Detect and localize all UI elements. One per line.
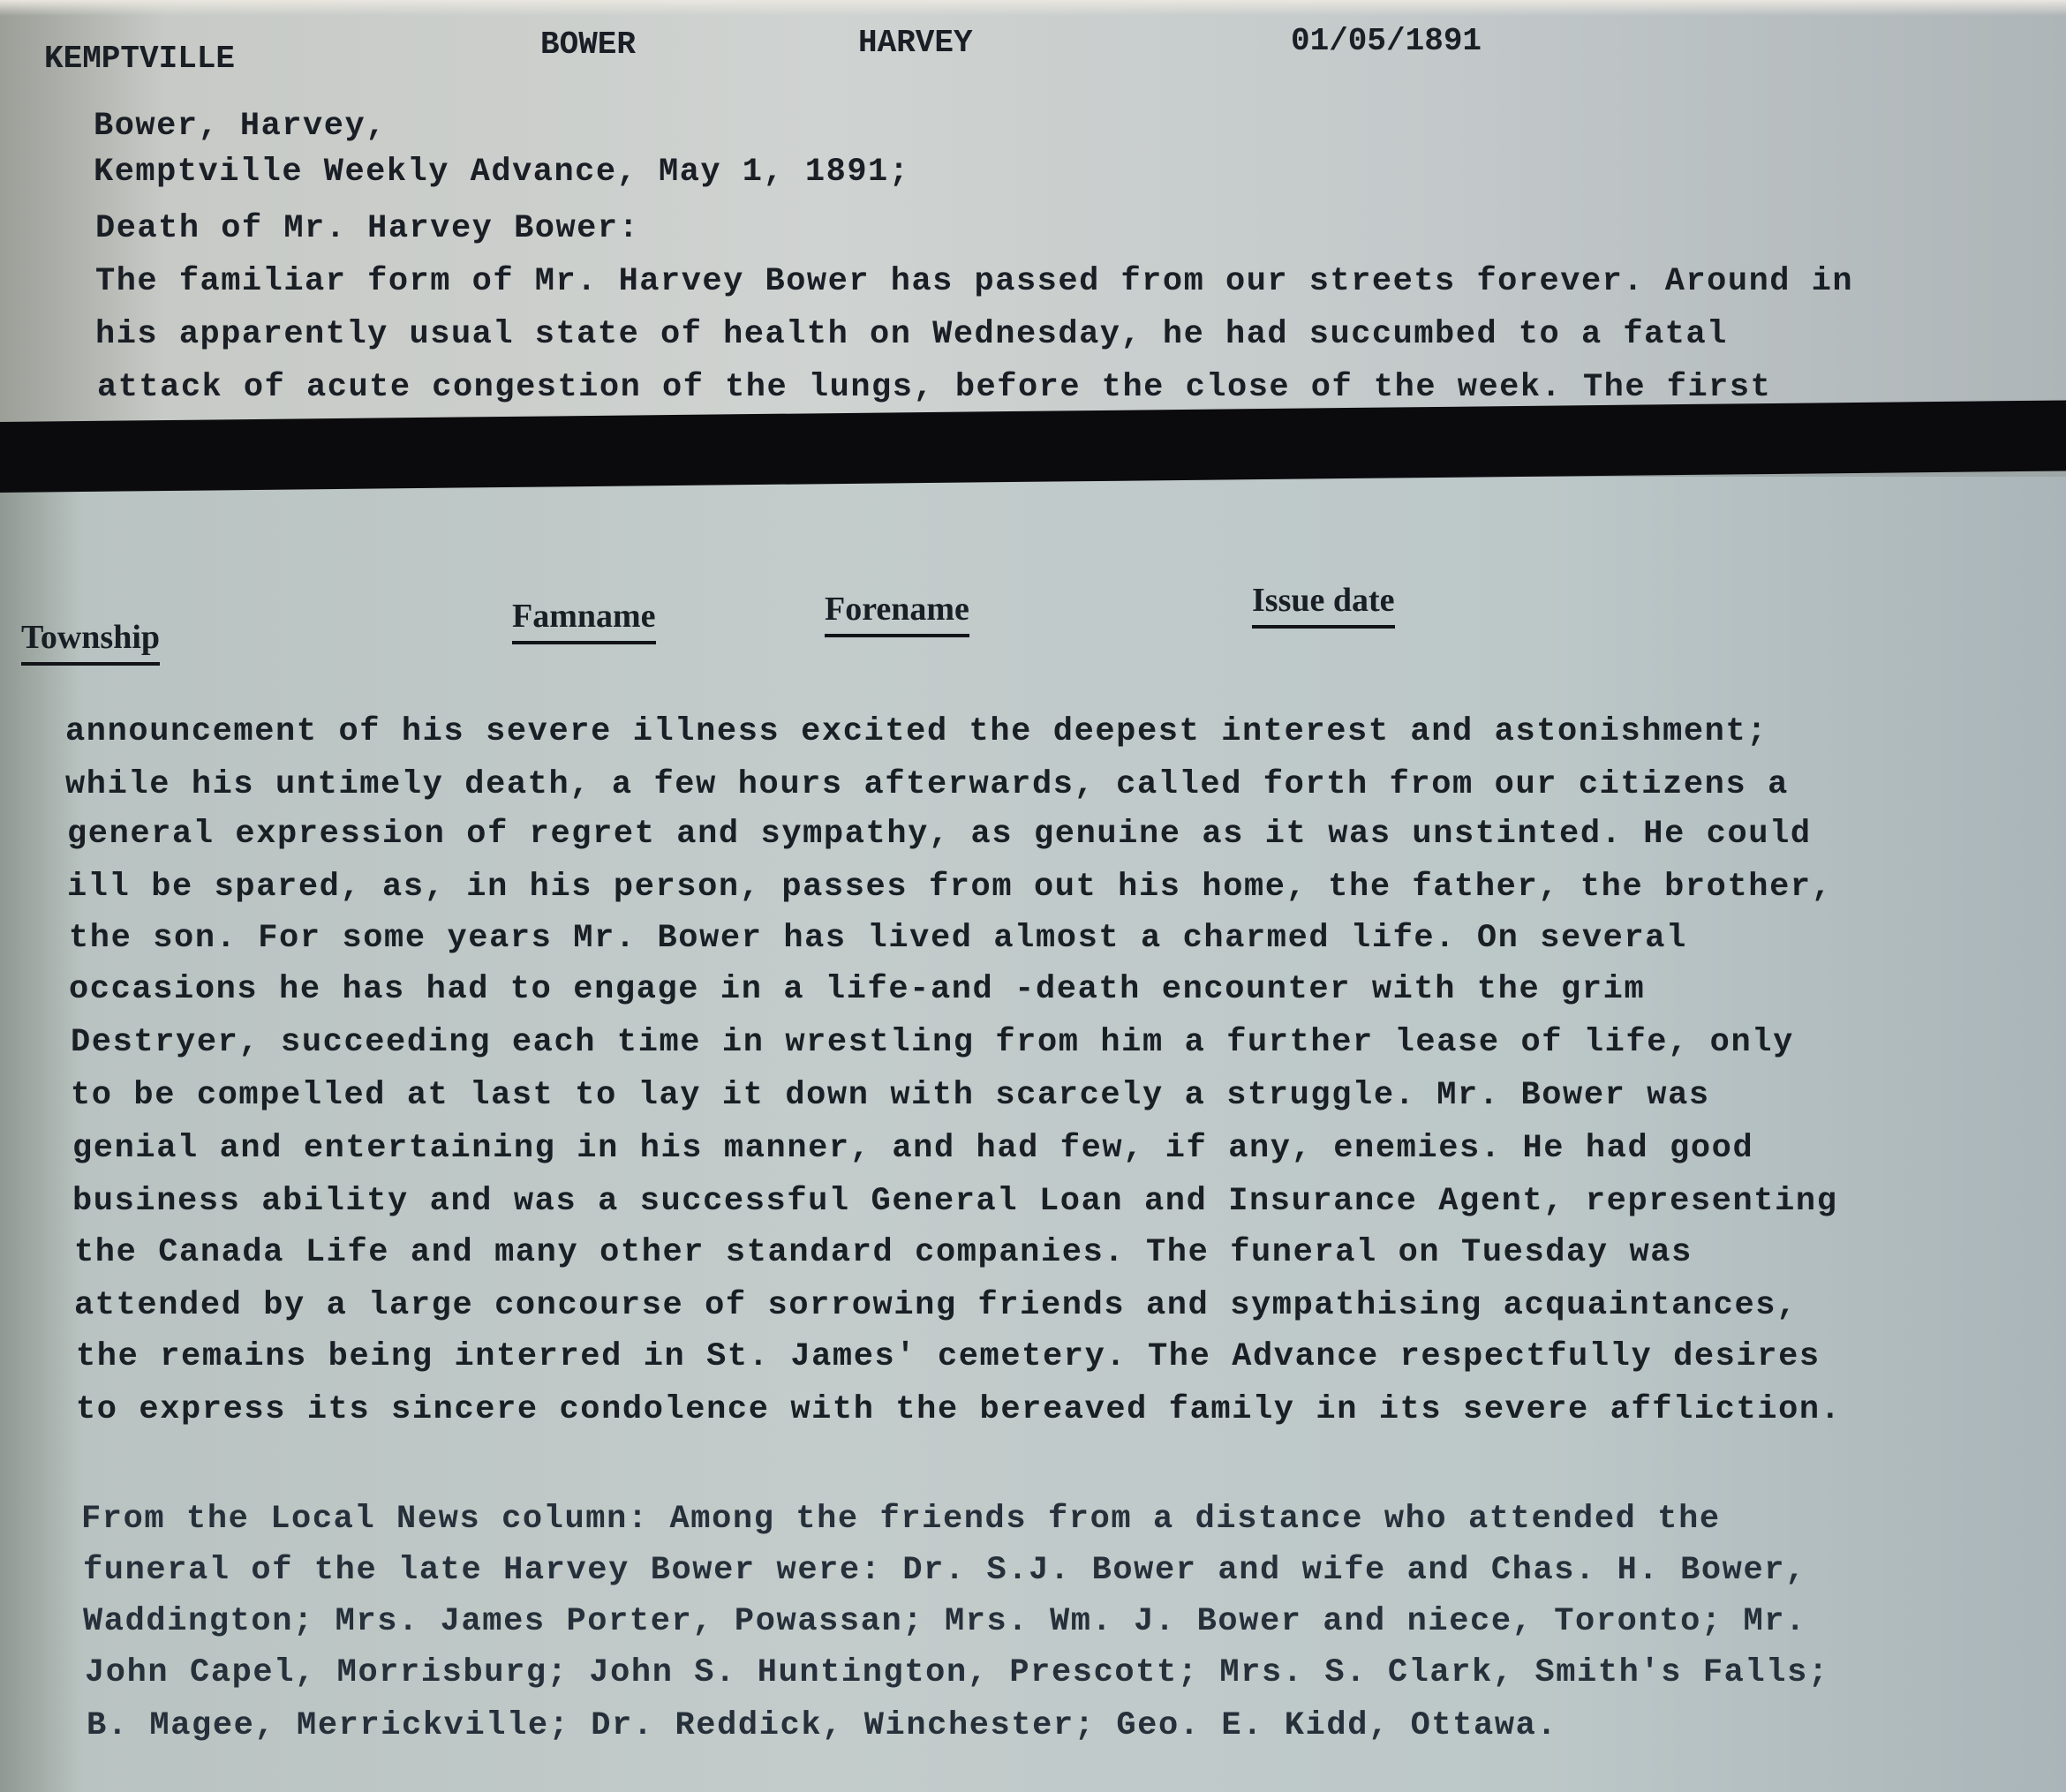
record-famname: BOWER [540, 26, 636, 63]
article-line: to express its sincere condolence with t… [76, 1391, 1842, 1428]
local-news-line: From the Local News column: Among the fr… [81, 1501, 1721, 1538]
article-line: announcement of his severe illness excit… [65, 713, 1768, 750]
article-line: ill be spared, as, in his person, passes… [67, 869, 1833, 906]
article-line: attack of acute congestion of the lungs,… [97, 369, 1771, 406]
article-line: The familiar form of Mr. Harvey Bower ha… [95, 263, 1853, 300]
record-township: KEMPTVILLE [44, 41, 235, 77]
article-line: the Canada Life and many other standard … [74, 1234, 1693, 1271]
column-header-township[interactable]: Township [21, 618, 160, 666]
article-line: his apparently usual state of health on … [95, 316, 1728, 353]
article-line: occasions he has had to engage in a life… [69, 971, 1645, 1008]
article-line: attended by a large concourse of sorrowi… [74, 1287, 1798, 1324]
article-line: genial and entertaining in his manner, a… [72, 1130, 1753, 1167]
article-name-line: Bower, Harvey, [94, 108, 387, 145]
record-forename: HARVEY [858, 25, 973, 61]
article-line: Destryer, succeeding each time in wrestl… [71, 1024, 1794, 1061]
column-header-issue-date[interactable]: Issue date [1252, 581, 1395, 629]
article-line: business ability and was a successful Ge… [72, 1183, 1838, 1220]
article-line: the son. For some years Mr. Bower has li… [69, 920, 1687, 957]
column-header-forename[interactable]: Forename [825, 590, 969, 637]
article-line: while his untimely death, a few hours af… [65, 766, 1789, 803]
article-source-line: Kemptville Weekly Advance, May 1, 1891; [94, 154, 909, 191]
article-line: to be compelled at last to lay it down w… [71, 1077, 1710, 1114]
article-line: general expression of regret and sympath… [67, 816, 1812, 853]
local-news-line: Waddington; Mrs. James Porter, Powassan;… [83, 1603, 1806, 1640]
local-news-line: funeral of the late Harvey Bower were: D… [83, 1552, 1806, 1589]
record-issue-date: 01/05/1891 [1291, 23, 1482, 59]
article-title: Death of Mr. Harvey Bower: [95, 210, 639, 247]
column-header-famname[interactable]: Famname [512, 597, 656, 644]
local-news-line: B. Magee, Merrickville; Dr. Reddick, Win… [87, 1707, 1557, 1744]
article-line: the remains being interred in St. James'… [76, 1338, 1821, 1375]
local-news-line: John Capel, Morrisburg; John S. Huntingt… [85, 1654, 1829, 1691]
